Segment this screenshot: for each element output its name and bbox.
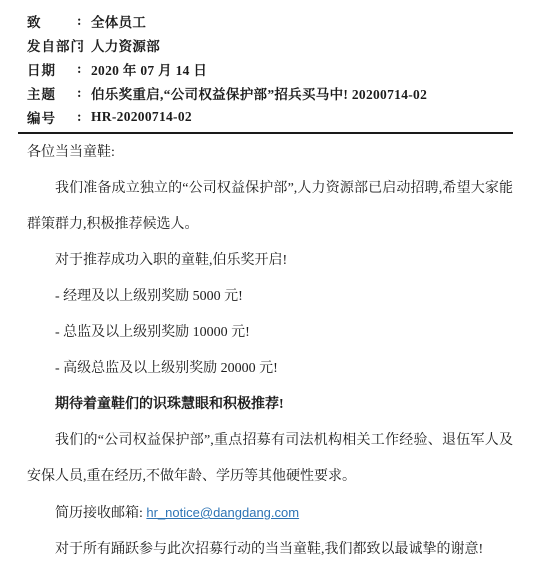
salutation: 各位当当童鞋: <box>27 135 513 171</box>
from-dept-label: 发自部门 <box>27 35 77 55</box>
subject-value: 伯乐奖重启,“公司权益保护部”招兵买马中! 20200714-02 <box>91 83 427 103</box>
email-link[interactable]: hr_notice@dangdang.com <box>146 505 299 520</box>
email-line: 简历接收邮箱: hr_notice@dangdang.com <box>27 495 513 532</box>
bullet-reward-manager: - 经理及以上级别奖励 5000 元! <box>27 279 513 315</box>
paragraph-expectation: 期待着童鞋们的识珠慧眼和积极推荐! <box>27 387 513 423</box>
header-row-subject: 主题 : 伯乐奖重启,“公司权益保护部”招兵买马中! 20200714-02 <box>27 81 513 105</box>
from-dept-colon: : <box>77 37 91 53</box>
subject-colon: : <box>77 85 91 101</box>
date-value: 2020 年 07 月 14 日 <box>91 59 207 79</box>
subject-label: 主题 <box>27 83 77 103</box>
bullet-reward-senior-director: - 高级总监及以上级别奖励 20000 元! <box>27 351 513 387</box>
memo-page: 致 : 全体员工 发自部门 : 人力资源部 日期 : 2020 年 07 月 1… <box>0 0 553 565</box>
to-colon: : <box>77 13 91 29</box>
date-label: 日期 <box>27 59 77 79</box>
date-colon: : <box>77 61 91 77</box>
to-value: 全体员工 <box>91 11 146 31</box>
paragraph-intro: 我们准备成立独立的“公司权益保护部”,人力资源部已启动招聘,希望大家能群策群力,… <box>27 171 513 243</box>
header-row-number: 编号 : HR-20200714-02 <box>27 105 513 129</box>
from-dept-value: 人力资源部 <box>91 35 160 55</box>
number-colon: : <box>77 109 91 125</box>
paragraph-reward-intro: 对于推荐成功入职的童鞋,伯乐奖开启! <box>27 243 513 279</box>
number-value: HR-20200714-02 <box>91 109 192 125</box>
number-label: 编号 <box>27 107 77 127</box>
memo-body: 各位当当童鞋: 我们准备成立独立的“公司权益保护部”,人力资源部已启动招聘,希望… <box>27 135 513 565</box>
memo-header: 致 : 全体员工 发自部门 : 人力资源部 日期 : 2020 年 07 月 1… <box>27 9 513 129</box>
paragraph-thanks: 对于所有踊跃参与此次招募行动的当当童鞋,我们都致以最诚挚的谢意! <box>27 532 513 565</box>
header-row-from-dept: 发自部门 : 人力资源部 <box>27 33 513 57</box>
paragraph-requirements: 我们的“公司权益保护部”,重点招募有司法机构相关工作经验、退伍军人及安保人员,重… <box>27 423 513 495</box>
to-label: 致 <box>27 11 77 31</box>
header-divider <box>18 132 513 134</box>
header-row-to: 致 : 全体员工 <box>27 9 513 33</box>
header-row-date: 日期 : 2020 年 07 月 14 日 <box>27 57 513 81</box>
email-label: 简历接收邮箱: <box>55 506 143 521</box>
bullet-reward-director: - 总监及以上级别奖励 10000 元! <box>27 315 513 351</box>
